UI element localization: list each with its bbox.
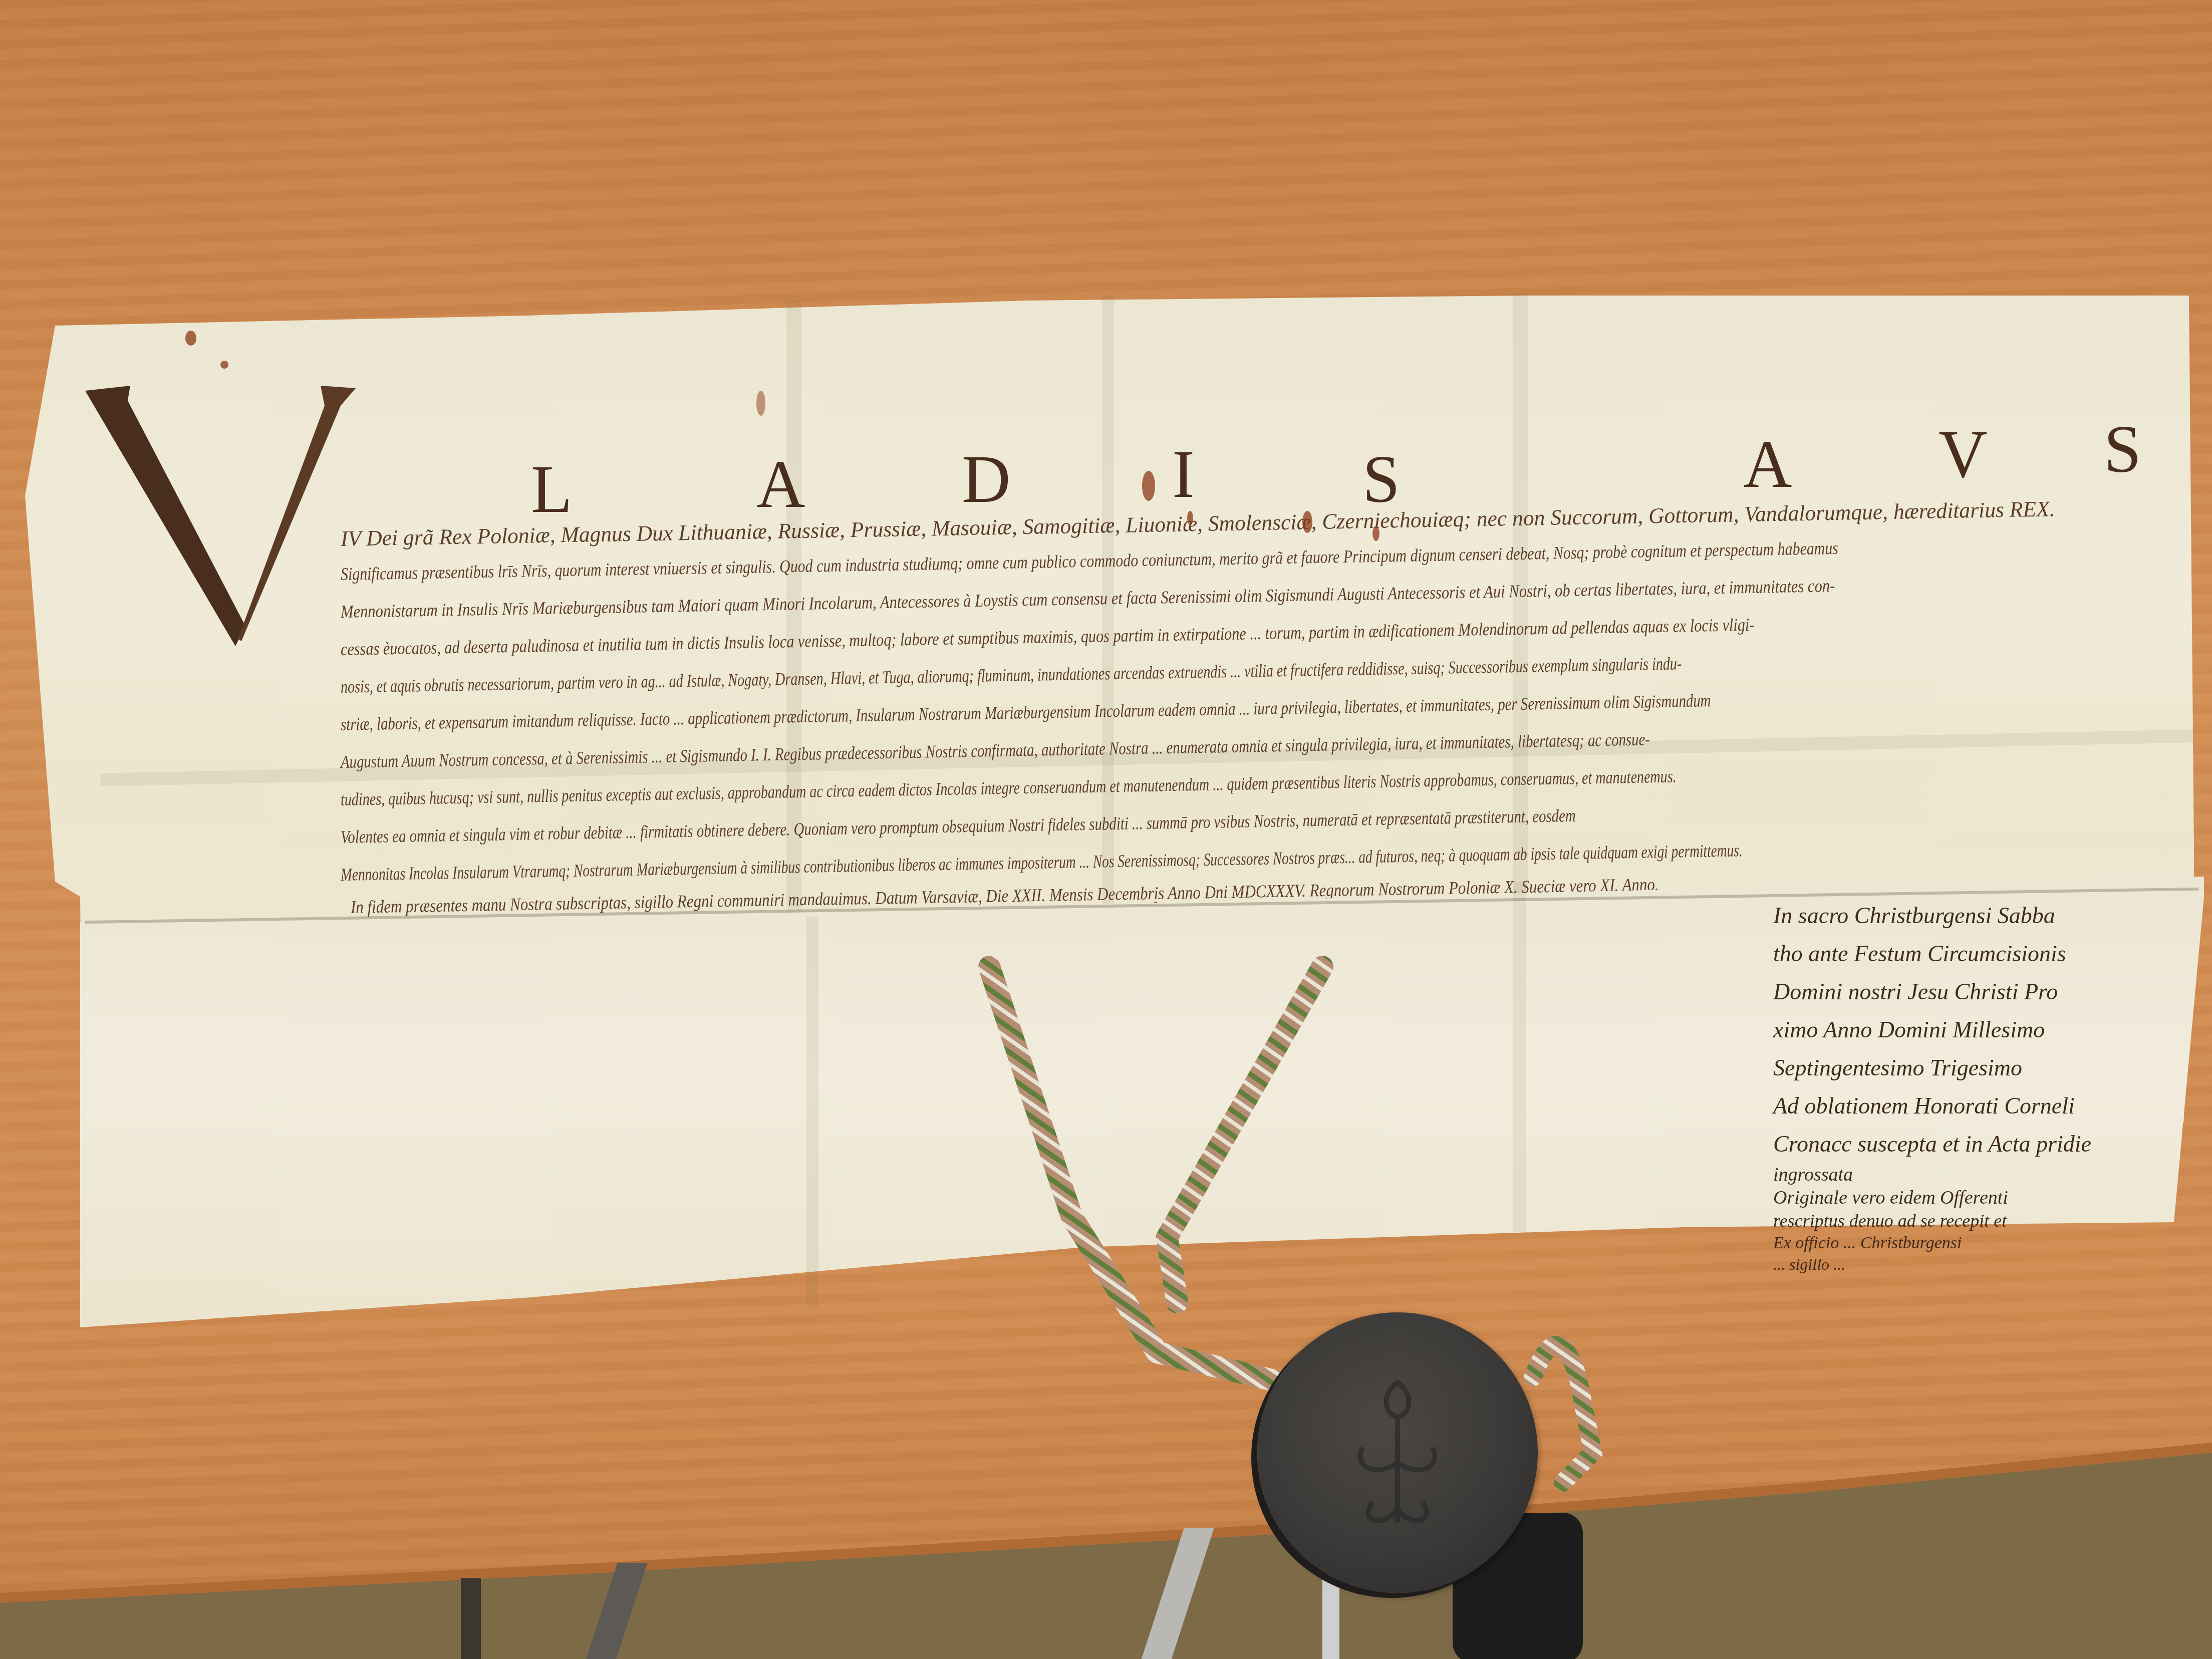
wax-seal: [1257, 1312, 1538, 1593]
seal-cord: [0, 0, 2212, 1659]
seal-emblem-icon: [1342, 1372, 1453, 1533]
